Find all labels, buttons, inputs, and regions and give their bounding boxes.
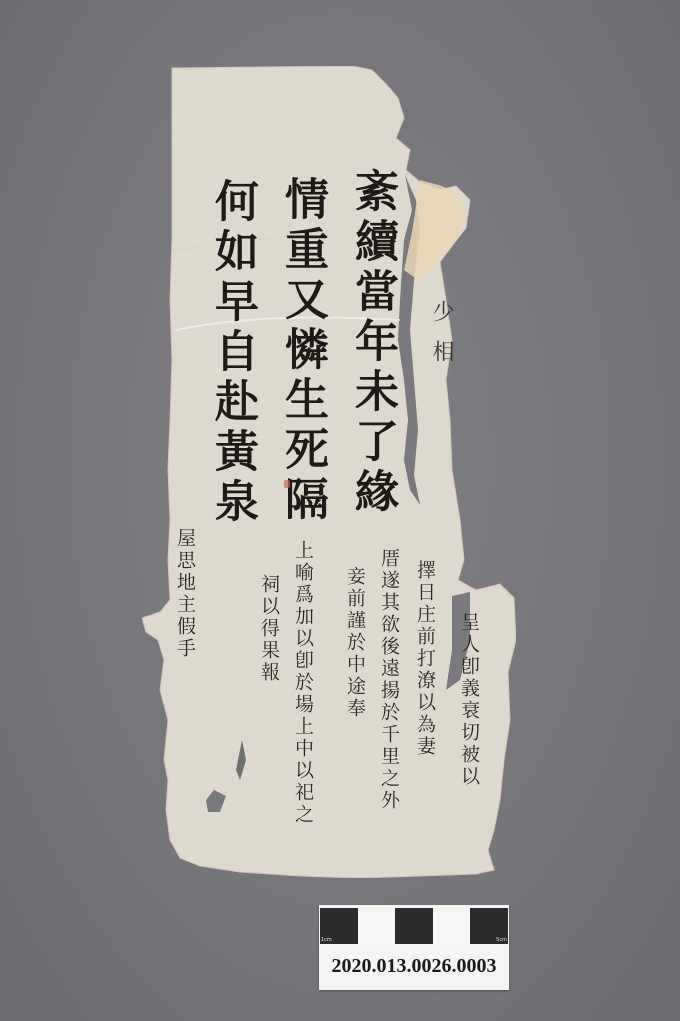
torn-edge-column: 少相 xyxy=(426,300,457,380)
note-column-2: 祠以得果報 xyxy=(256,574,283,684)
scale-segment-2 xyxy=(358,908,396,944)
red-seal-mark xyxy=(284,480,290,488)
note-column-4: 厝遂其欲後遠揚於千里之外 xyxy=(376,548,403,812)
scale-segment-4 xyxy=(433,908,471,944)
scale-right-label: 5cm xyxy=(496,937,507,943)
main-column-1: 情重又憐生死隔 xyxy=(270,176,334,526)
manuscript-paper: 紊續當年未了緣 情重又憐生死隔 何如早自赴黃泉 少相 上喻爲加以卽於場上中以祀之… xyxy=(0,0,680,1021)
scale-bar: 1cm 5cm xyxy=(320,908,508,944)
signature-column: 屋思地主假手 xyxy=(172,528,199,660)
note-column-5: 擇日庄前打潦以為妻 xyxy=(412,560,439,758)
scale-segment-3 xyxy=(395,908,433,944)
scale-segment-1: 1cm xyxy=(320,908,358,944)
scale-reference-card: 1cm 5cm 2020.013.0026.0003 xyxy=(319,905,509,990)
note-column-1: 上喻爲加以卽於場上中以祀之 xyxy=(290,540,317,826)
note-column-6: 呈人卽義衰切被以 xyxy=(456,612,483,788)
scale-segment-5: 5cm xyxy=(470,908,508,944)
main-column-2: 何如早自赴黃泉 xyxy=(200,178,264,528)
catalog-number: 2020.013.0026.0003 xyxy=(319,955,509,978)
scale-left-label: 1cm xyxy=(321,937,332,943)
right-main-column: 紊續當年未了緣 xyxy=(340,168,404,518)
note-column-3: 妾前謹於中途奉 xyxy=(342,566,369,720)
